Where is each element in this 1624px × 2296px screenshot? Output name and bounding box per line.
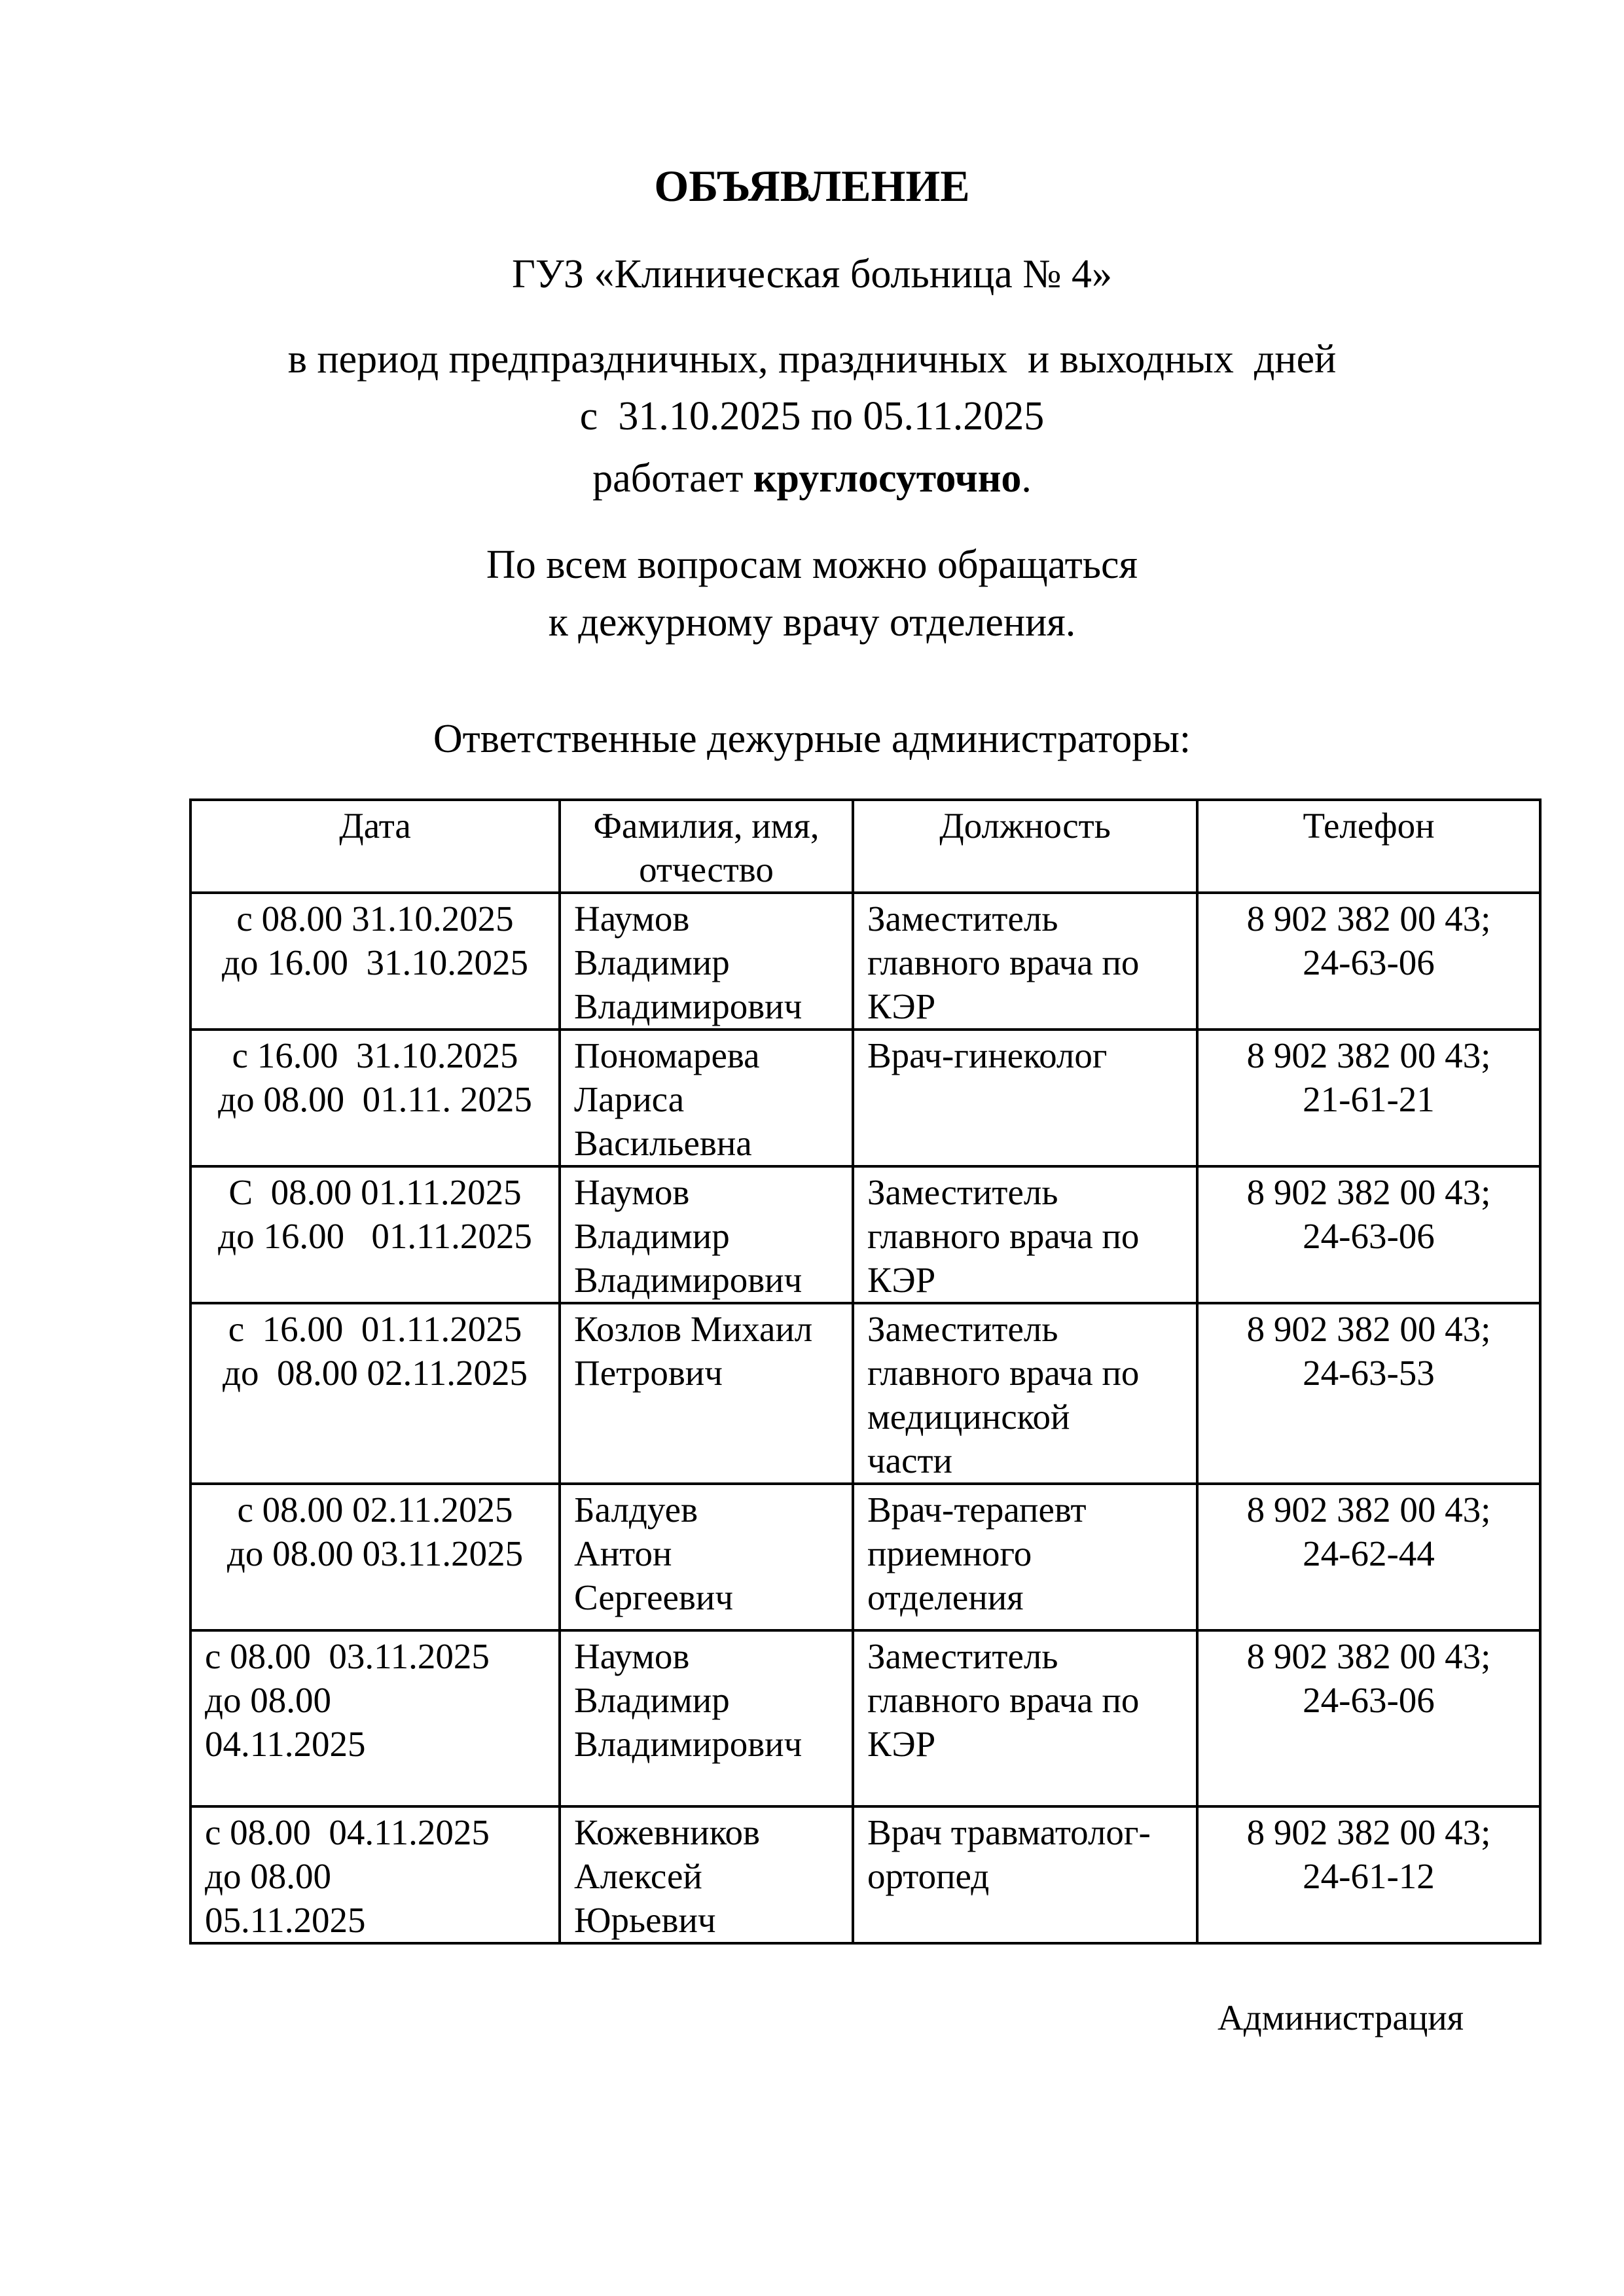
name-cell: НаумовВладимирВладимирович [560, 893, 853, 1030]
position-cell: Заместительглавного врача помедицинскойч… [853, 1303, 1197, 1484]
table-header-row: Дата Фамилия, имя, отчество Должность Те… [190, 800, 1540, 893]
works-prefix: работает [592, 456, 753, 501]
table-row: с 08.00 04.11.2025до 08.0005.11.2025Коже… [190, 1806, 1540, 1943]
works-line: работает круглосуточно. [0, 458, 1624, 499]
table-row: с 08.00 02.11.2025до 08.00 03.11.2025Бал… [190, 1484, 1540, 1630]
phone-cell: 8 902 382 00 43;21-61-21 [1197, 1030, 1540, 1166]
name-cell: Козлов МихаилПетрович [560, 1303, 853, 1484]
admins-heading: Ответственные дежурные администраторы: [0, 719, 1624, 759]
date-cell: с 08.00 03.11.2025до 08.0004.11.2025 [190, 1630, 560, 1806]
organization-name: ГУЗ «Клиническая больница № 4» [0, 254, 1624, 295]
phone-cell: 8 902 382 00 43;24-63-06 [1197, 893, 1540, 1030]
position-cell: Врач травматолог-ортопед [853, 1806, 1197, 1943]
date-cell: С 08.00 01.11.2025до 16.00 01.11.2025 [190, 1166, 560, 1303]
works-bold: круглосуточно [753, 456, 1022, 501]
position-cell: Заместительглавного врача поКЭР [853, 893, 1197, 1030]
date-cell: с 16.00 31.10.2025до 08.00 01.11. 2025 [190, 1030, 560, 1166]
date-cell: с 08.00 31.10.2025до 16.00 31.10.2025 [190, 893, 560, 1030]
name-cell: БалдуевАнтонСергеевич [560, 1484, 853, 1630]
position-cell: Заместительглавного врача поКЭР [853, 1166, 1197, 1303]
period-line: в период предпраздничных, праздничных и … [0, 339, 1624, 380]
phone-cell: 8 902 382 00 43;24-63-06 [1197, 1630, 1540, 1806]
header-name: Фамилия, имя, отчество [560, 800, 853, 893]
works-suffix: . [1021, 456, 1032, 501]
phone-cell: 8 902 382 00 43;24-62-44 [1197, 1484, 1540, 1630]
name-cell: НаумовВладимирВладимирович [560, 1630, 853, 1806]
phone-cell: 8 902 382 00 43;24-63-53 [1197, 1303, 1540, 1484]
header-phone: Телефон [1197, 800, 1540, 893]
position-cell: Врач-гинеколог [853, 1030, 1197, 1166]
header-position: Должность [853, 800, 1197, 893]
page-title: ОБЪЯВЛЕНИЕ [0, 164, 1624, 208]
phone-cell: 8 902 382 00 43;24-63-06 [1197, 1166, 1540, 1303]
table-row: с 08.00 31.10.2025до 16.00 31.10.2025Нау… [190, 893, 1540, 1030]
table-row: с 16.00 31.10.2025до 08.00 01.11. 2025По… [190, 1030, 1540, 1166]
phone-cell: 8 902 382 00 43;24-61-12 [1197, 1806, 1540, 1943]
header-date: Дата [190, 800, 560, 893]
contact-line-2: к дежурному врачу отделения. [0, 602, 1624, 643]
table-row: с 16.00 01.11.2025до 08.00 02.11.2025Коз… [190, 1303, 1540, 1484]
signature: Администрация [1218, 2000, 1464, 2036]
duty-schedule-table: Дата Фамилия, имя, отчество Должность Те… [189, 798, 1542, 1945]
table-row: с 08.00 03.11.2025до 08.0004.11.2025Наум… [190, 1630, 1540, 1806]
name-cell: КожевниковАлексейЮрьевич [560, 1806, 853, 1943]
position-cell: Врач-терапевтприемногоотделения [853, 1484, 1197, 1630]
name-cell: НаумовВладимирВладимирович [560, 1166, 853, 1303]
contact-line-1: По всем вопросам можно обращаться [0, 545, 1624, 585]
date-cell: с 08.00 04.11.2025до 08.0005.11.2025 [190, 1806, 560, 1943]
position-cell: Заместительглавного врача поКЭР [853, 1630, 1197, 1806]
date-cell: с 08.00 02.11.2025до 08.00 03.11.2025 [190, 1484, 560, 1630]
date-cell: с 16.00 01.11.2025до 08.00 02.11.2025 [190, 1303, 560, 1484]
name-cell: ПономареваЛарисаВасильевна [560, 1030, 853, 1166]
dates-line: с 31.10.2025 по 05.11.2025 [0, 396, 1624, 437]
table-row: С 08.00 01.11.2025до 16.00 01.11.2025Нау… [190, 1166, 1540, 1303]
